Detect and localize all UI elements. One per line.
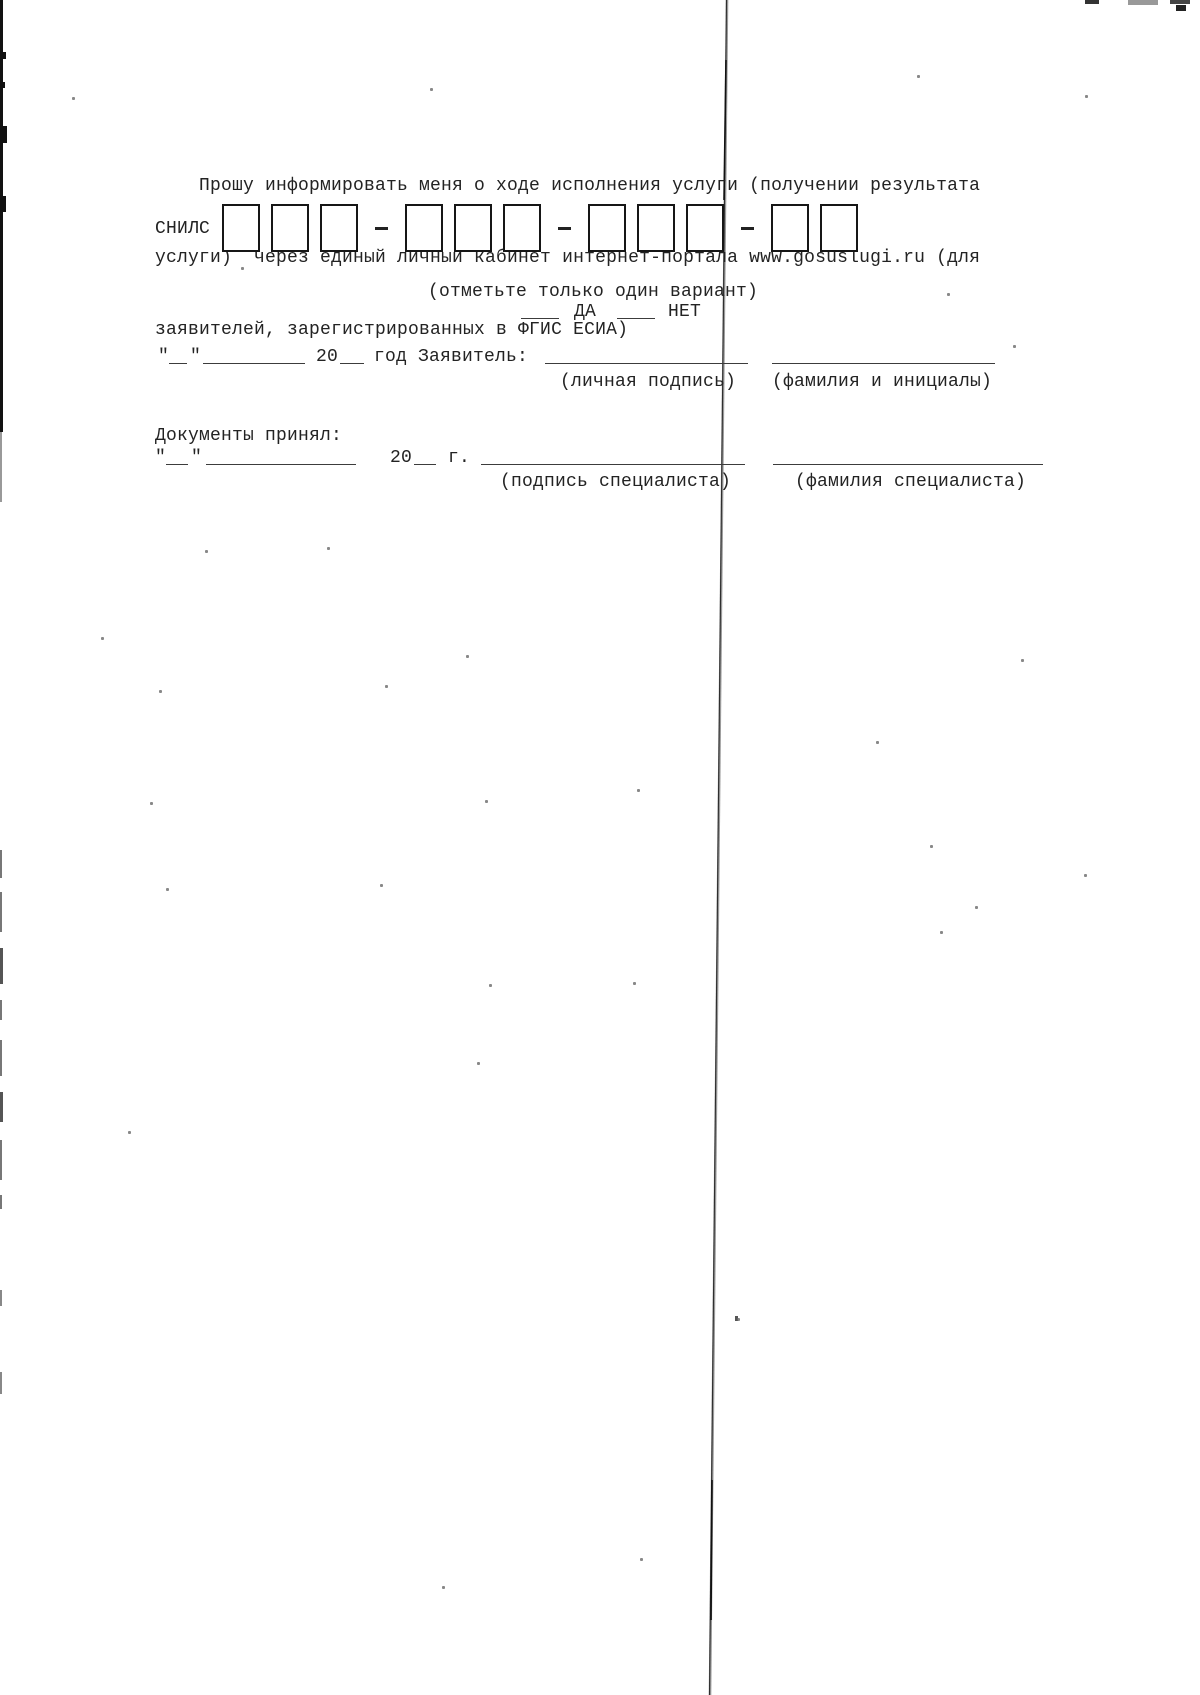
left-edge-dash [0,1140,2,1180]
top-edge-blob [1176,5,1186,11]
applicant-quote-open: " [158,345,169,369]
scan-speck [72,97,75,100]
scan-speck [637,789,640,792]
snils-separator [741,227,754,230]
scan-speck [327,547,330,550]
scan-speck [737,1318,740,1321]
scan-speck [940,931,943,934]
scan-speck [241,267,244,270]
applicant-signature-line[interactable] [545,346,748,364]
scan-speck [876,741,879,744]
intro-line: заявителей, зарегистрированных в ФГИС ЕС… [155,318,980,342]
scan-speck [1013,345,1016,348]
snils-separator [558,227,571,230]
specialist-year-blank[interactable] [414,447,436,465]
applicant-year-blank[interactable] [340,346,364,364]
snils-digit-box[interactable] [820,204,858,252]
scan-speck [150,802,153,805]
scan-speck [101,637,104,640]
specialist-quote-close: " [191,446,202,470]
yes-blank[interactable] [521,301,559,319]
scan-speck [1084,874,1087,877]
scan-speck [1085,95,1088,98]
scan-speck [930,845,933,848]
applicant-signature-caption: (личная подпись) [560,370,736,394]
applicant-name-line[interactable] [772,346,995,364]
top-edge-dash [1128,0,1158,5]
scan-speck [205,550,208,553]
left-edge-dash [0,1092,3,1122]
snils-digit-box[interactable] [588,204,626,252]
scan-speck [489,984,492,987]
specialist-name-caption: (фамилия специалиста) [795,470,1026,494]
specialist-signature-line[interactable] [481,447,745,465]
specialist-day-blank[interactable] [166,447,188,465]
applicant-day-blank[interactable] [169,346,187,364]
scanned-form-page: Прошу информировать меня о ходе исполнен… [0,0,1200,1695]
left-edge-blob [0,82,5,88]
no-blank[interactable] [617,301,655,319]
scan-speck [466,655,469,658]
snils-label: СНИЛС [155,217,210,241]
snils-digit-box[interactable] [320,204,358,252]
snils-digit-box[interactable] [503,204,541,252]
no-label: НЕТ [668,300,701,324]
snils-digit-box[interactable] [454,204,492,252]
specialist-year-prefix: 20 [390,446,412,470]
scan-speck [477,1062,480,1065]
scan-speck [640,1558,643,1561]
scan-speck [485,800,488,803]
specialist-year-suffix: г. [448,446,470,470]
scan-speck [917,75,920,78]
left-edge-dash [0,948,3,984]
snils-digit-box[interactable] [271,204,309,252]
scan-speck [430,88,433,91]
scan-speck [442,1586,445,1589]
specialist-quote-open: " [155,446,166,470]
snils-separator [375,227,388,230]
scan-speck [380,884,383,887]
specialist-signature-caption: (подпись специалиста) [500,470,731,494]
scan-speck [159,690,162,693]
left-edge-blob [0,196,6,212]
left-edge-dash [0,1195,2,1209]
left-edge-dash [0,1372,2,1394]
specialist-name-line[interactable] [773,447,1043,465]
specialist-month-blank[interactable] [206,447,356,465]
left-edge-dash [0,892,2,932]
scan-speck [947,293,950,296]
scan-speck [128,1131,131,1134]
left-edge-dash [0,1290,2,1306]
left-edge-blob [0,52,6,59]
top-edge-dash [1085,0,1099,4]
applicant-year-prefix: 20 [316,345,338,369]
snils-digit-box[interactable] [686,204,724,252]
applicant-quote-close: " [190,345,201,369]
snils-boxes [222,204,858,252]
scan-speck [166,888,169,891]
left-edge-dash [0,1000,2,1020]
left-edge-dash [0,850,2,878]
top-edge-dash [1170,0,1190,4]
snils-digit-box[interactable] [222,204,260,252]
specialist-heading: Документы принял: [155,424,342,448]
scan-speck [1021,659,1024,662]
snils-digit-box[interactable] [637,204,675,252]
snils-digit-box[interactable] [405,204,443,252]
left-edge-strip [0,0,3,432]
left-edge-blob [0,126,7,143]
yes-label: ДА [574,300,596,324]
left-edge-dash [0,1040,2,1076]
left-edge-strip-faint [0,432,2,502]
scan-speck [385,685,388,688]
scan-speck [633,982,636,985]
applicant-month-blank[interactable] [203,346,305,364]
snils-digit-box[interactable] [771,204,809,252]
scan-speck [975,906,978,909]
intro-line: Прошу информировать меня о ходе исполнен… [155,174,980,198]
applicant-name-caption: (фамилия и инициалы) [772,370,992,394]
applicant-label: год Заявитель: [374,345,528,369]
